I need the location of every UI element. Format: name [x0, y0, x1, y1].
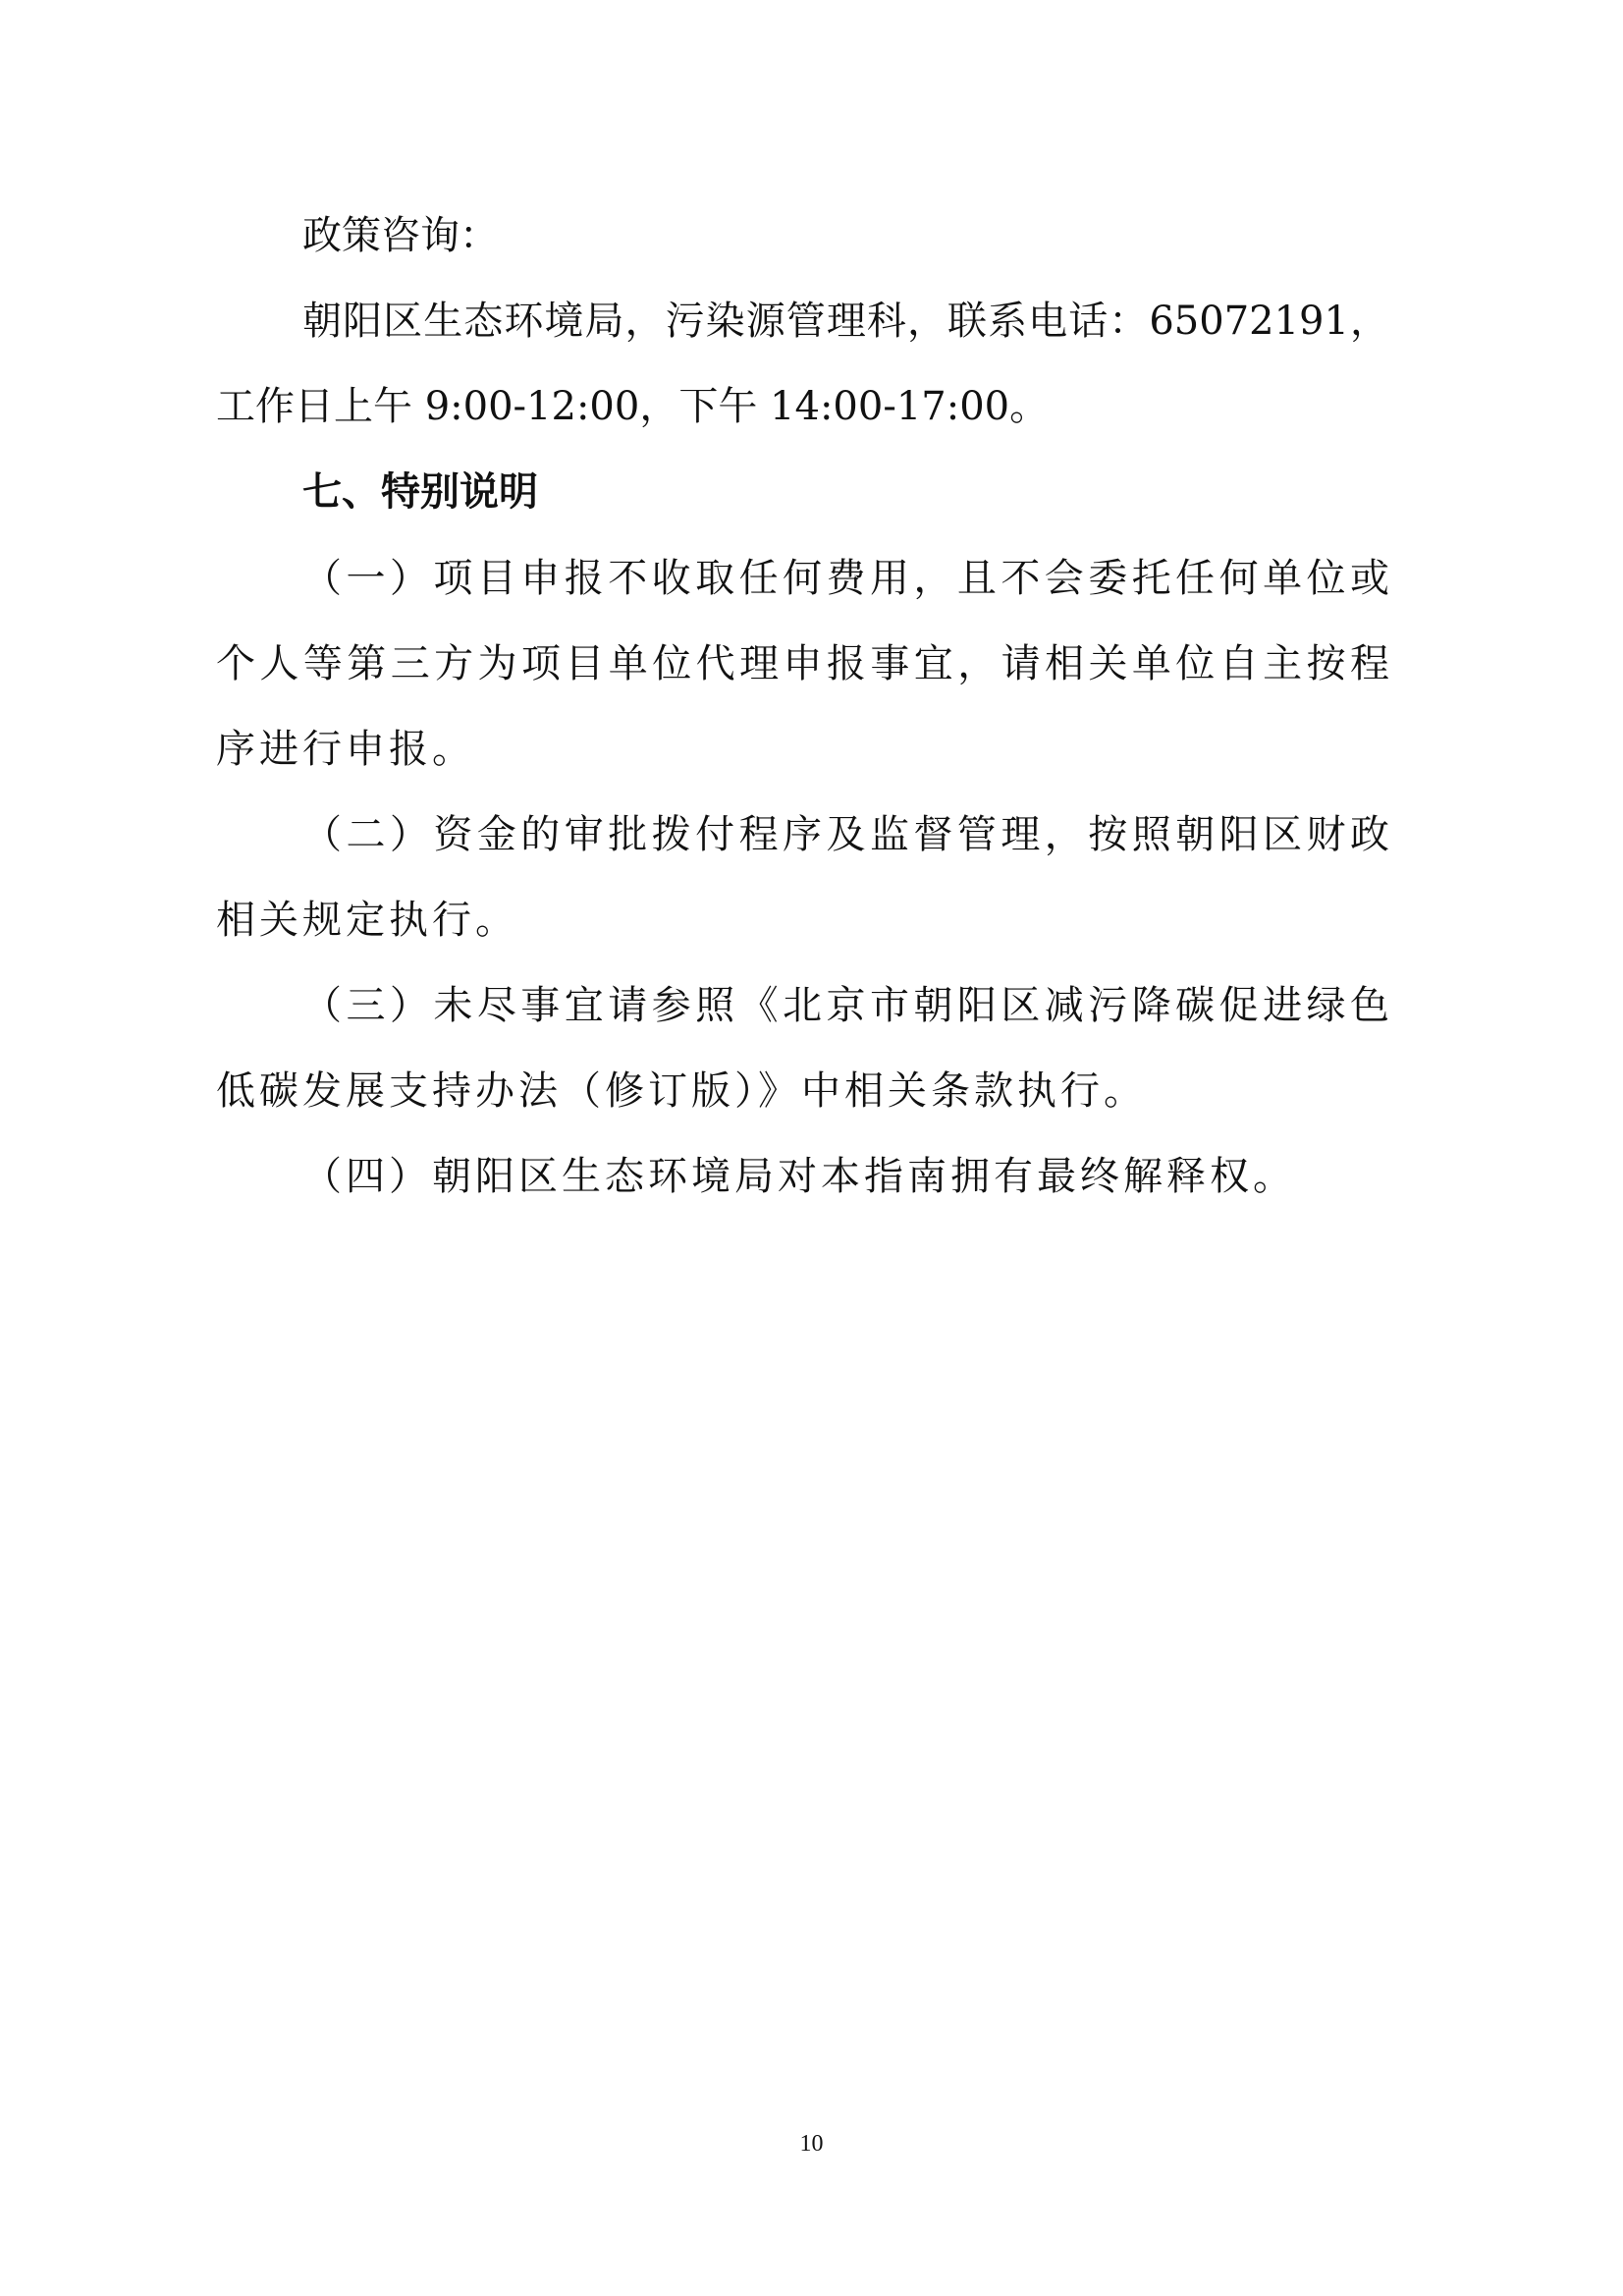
item-3-line-2: 低碳发展支持办法（修订版）》中相关条款执行。 — [216, 1067, 1389, 1115]
item-3-line-1: （三）未尽事宜请参照《北京市朝阳区减污降碳促进绿色 — [302, 982, 1389, 1029]
section-heading: 七、特别说明 — [302, 468, 1389, 516]
item-1-line-1: （一）项目申报不收取任何费用，且不会委托任何单位或 — [302, 555, 1389, 602]
item-1-line-3: 序进行申报。 — [216, 726, 1389, 773]
contact-department-phone: 朝阳区生态环境局，污染源管理科，联系电话：65072191， — [302, 298, 1389, 345]
page-number: 10 — [0, 2129, 1623, 2159]
item-2-line-1: （二）资金的审批拨付程序及监督管理，按照朝阳区财政 — [302, 811, 1389, 858]
contact-hours: 工作日上午 9:00-12:00，下午 14:00-17:00。 — [216, 383, 1389, 430]
item-4-line-1: （四）朝阳区生态环境局对本指南拥有最终解释权。 — [302, 1153, 1389, 1200]
item-2-line-2: 相关规定执行。 — [216, 897, 1389, 944]
document-page: 政策咨询： 朝阳区生态环境局，污染源管理科，联系电话：65072191， 工作日… — [0, 0, 1623, 2296]
item-1-line-2: 个人等第三方为项目单位代理申报事宜，请相关单位自主按程 — [216, 640, 1389, 687]
contact-label: 政策咨询： — [302, 212, 1389, 259]
